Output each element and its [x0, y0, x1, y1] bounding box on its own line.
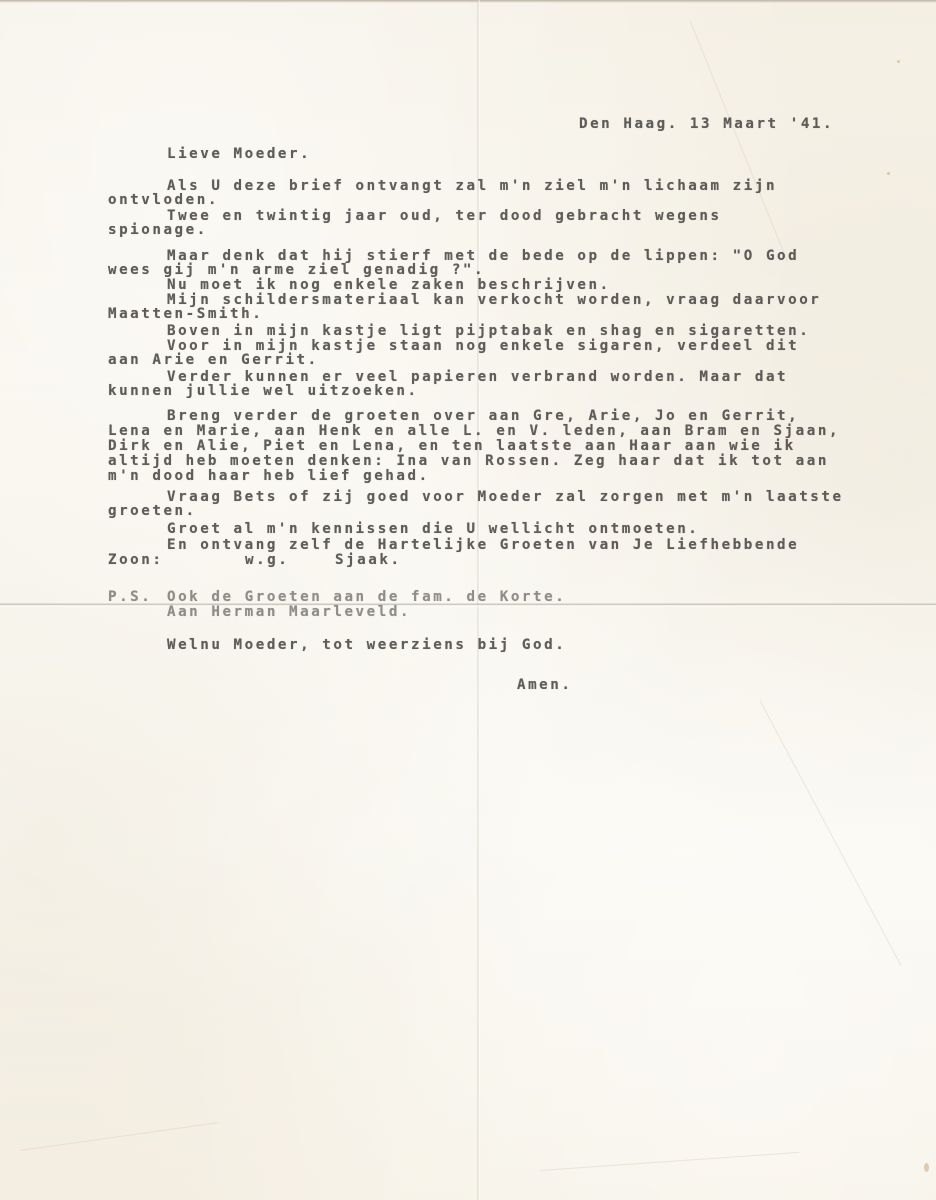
paper-crease [540, 1152, 799, 1171]
place-date: Den Haag. 13 Maart '41. [579, 117, 834, 131]
letter-line: Dirk en Alie, Piet en Lena, en ten laats… [108, 439, 796, 453]
stain-spot [897, 60, 900, 63]
letter-line: Boven in mijn kastje ligt pijptabak en s… [167, 324, 810, 338]
letter-line: groeten. [108, 504, 197, 518]
letter-line: Voor in mijn kastje staan nog enkele sig… [167, 339, 799, 353]
letter-line: Breng verder de groeten over aan Gre, Ar… [167, 409, 799, 423]
postscript-label: P.S. [108, 590, 152, 604]
letter-line: aan Arie en Gerrit. [108, 353, 319, 367]
amen: Amen. [517, 678, 572, 692]
letter-line: Maatten-Smith. [108, 307, 263, 321]
letter-line: altijd heb moeten denken: Ina van Rossen… [108, 454, 829, 468]
letter-line: Nu moet ik nog enkele zaken beschrijven. [167, 278, 611, 292]
letter-line: m'n dood haar heb lief gehad. [108, 469, 430, 483]
letter-line: Lena en Marie, aan Henk en alle L. en V.… [108, 424, 840, 438]
letter-line: Vraag Bets of zij goed voor Moeder zal z… [167, 490, 844, 504]
letter-line: Twee en twintig jaar oud, ter dood gebra… [167, 209, 722, 223]
paper-crease [760, 700, 902, 965]
signature-wg: w.g. [245, 553, 289, 567]
signature-label: Zoon: [108, 553, 163, 567]
letter-line: En ontvang zelf de Hartelijke Groeten va… [167, 538, 799, 552]
paper-edge [0, 0, 936, 3]
letter-line: ontvloden. [108, 193, 219, 207]
paper-crease [690, 20, 788, 261]
letter-line: kunnen jullie wel uitzoeken. [108, 384, 419, 398]
letter-line: wees gij m'n arme ziel genadig ?". [108, 263, 485, 277]
letter-line: Verder kunnen er veel papieren verbrand … [167, 370, 788, 384]
salutation: Lieve Moeder. [167, 147, 311, 161]
letter-line: Mijn schildersmateriaal kan verkocht wor… [167, 293, 821, 307]
postscript-line: Ook de Groeten aan de fam. de Korte. [167, 590, 566, 604]
letter-line: spionage. [108, 223, 208, 237]
postscript-line: Aan Herman Maarleveld. [167, 605, 411, 619]
letter-line: Als U deze brief ontvangt zal m'n ziel m… [167, 179, 777, 193]
paper-crease [20, 1122, 218, 1151]
letter-line: Maar denk dat hij stierf met de bede op … [167, 249, 799, 263]
stain-spot [887, 172, 890, 175]
signature-name: Sjaak. [335, 553, 402, 567]
letter-page: Den Haag. 13 Maart '41. Lieve Moeder. Al… [0, 0, 936, 1200]
closing-line: Welnu Moeder, tot weerziens bij God. [167, 638, 566, 652]
stain-spot [924, 1163, 929, 1172]
letter-line: Groet al m'n kennissen die U wellicht on… [167, 522, 699, 536]
